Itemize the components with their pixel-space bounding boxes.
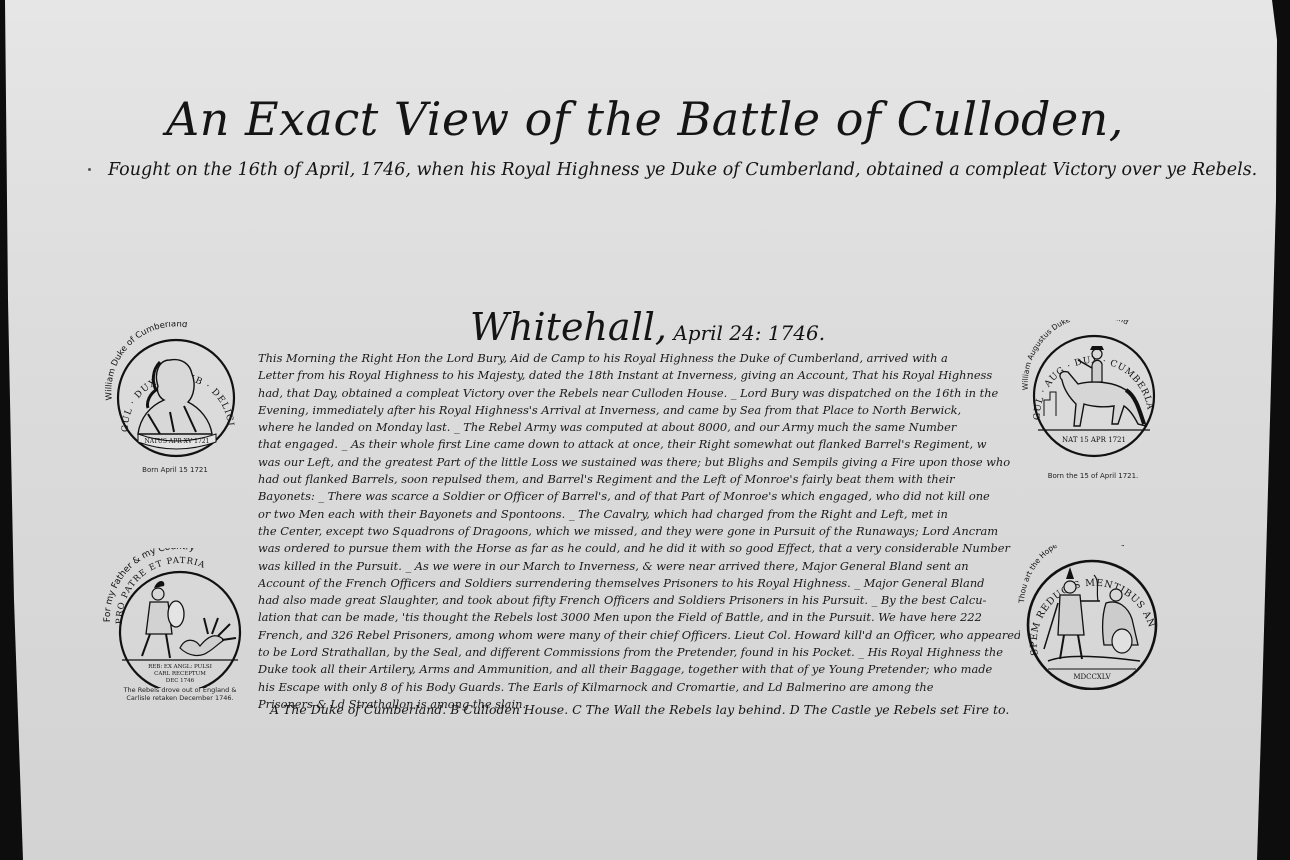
svg-text:NAT 15 APR 1721: NAT 15 APR 1721: [1062, 436, 1126, 444]
body-line: had also made great Slaughter, and took …: [258, 592, 1020, 609]
body-line: his Escape with only 8 of his Body Guard…: [258, 679, 1020, 696]
body-line: had out flanked Barrels, soon repulsed t…: [258, 471, 1020, 488]
map-key: A The Duke of Cumberland. B Culloden Hou…: [270, 702, 1009, 717]
medal-portrait-bust: William Duke of Cumberland GUL · DUX · C…: [100, 322, 250, 462]
body-line: the Center, except two Squadrons of Drag…: [258, 523, 1020, 540]
body-line: where he landed on Monday last. _ The Re…: [258, 419, 1020, 436]
svg-text:CARL RECEPTUM: CARL RECEPTUM: [154, 671, 206, 677]
medal-hope: Thou art the Hope of Minds dejected SPEM…: [1008, 545, 1168, 690]
body-line: to be Lord Strathallan, by the Seal, and…: [258, 644, 1020, 661]
medal-hydra: For my Father & my Country PRO PATRE ET …: [100, 548, 260, 688]
body-line: This Morning the Right Hon the Lord Bury…: [258, 350, 1020, 367]
caption-line: The Rebels drove out of England &: [100, 686, 260, 694]
body-line: that engaged. _ As their whole first Lin…: [258, 436, 1020, 453]
dispatch-heading: Whitehall, April 24: 1746.: [470, 305, 825, 349]
hydra-medal-icon: For my Father & my Country PRO PATRE ET …: [100, 548, 260, 688]
body-line: Bayonets: _ There was scarce a Soldier o…: [258, 488, 1020, 505]
document-title: An Exact View of the Battle of Culloden,: [0, 92, 1290, 146]
svg-text:MDCCXLV: MDCCXLV: [1073, 673, 1111, 681]
svg-text:DEC 1746: DEC 1746: [166, 678, 195, 684]
engraving-page: An Exact View of the Battle of Culloden,…: [0, 0, 1290, 860]
body-line: lation that can be made, 'tis thought th…: [258, 609, 1020, 626]
svg-text:REB: EX ANGL: PULSI: REB: EX ANGL: PULSI: [148, 664, 212, 670]
dispatch-place: Whitehall,: [470, 305, 667, 349]
medal-caption: Born the 15 of April 1721.: [1028, 472, 1158, 480]
body-line: had, that Day, obtained a compleat Victo…: [258, 385, 1020, 402]
body-line: Duke took all their Artilery, Arms and A…: [258, 661, 1020, 678]
body-line: was ordered to pursue them with the Hors…: [258, 540, 1020, 557]
caption-line: Carlisle retaken December 1746.: [100, 694, 260, 702]
ink-speck: [88, 168, 91, 171]
body-line: was our Left, and the greatest Part of t…: [258, 454, 1020, 471]
body-line: was killed in the Pursuit. _ As we were …: [258, 558, 1020, 575]
dispatch-date: April 24: 1746.: [667, 321, 825, 345]
equestrian-medal-icon: William Augustus Duke of Cumberland GUL …: [1014, 320, 1174, 460]
medal-caption: Born April 15 1721: [130, 466, 220, 474]
hope-medal-icon: Thou art the Hope of Minds dejected SPEM…: [1008, 545, 1168, 690]
medal-caption: The Rebels drove out of England & Carlis…: [100, 686, 260, 702]
body-line: or two Men each with their Bayonets and …: [258, 506, 1020, 523]
svg-text:NATUS APR XV 1721: NATUS APR XV 1721: [145, 438, 210, 445]
body-line: Evening, immediately after his Royal Hig…: [258, 402, 1020, 419]
medal-equestrian: William Augustus Duke of Cumberland GUL …: [1014, 320, 1174, 460]
document-subtitle: Fought on the 16th of April, 1746, when …: [108, 160, 1198, 180]
body-line: Letter from his Royal Highness to his Ma…: [258, 367, 1020, 384]
body-line: Account of the French Officers and Soldi…: [258, 575, 1020, 592]
body-line: French, and 326 Rebel Prisoners, among w…: [258, 627, 1020, 644]
dispatch-body: This Morning the Right Hon the Lord Bury…: [258, 350, 1020, 713]
portrait-medal-icon: William Duke of Cumberland GUL · DUX · C…: [100, 322, 250, 462]
